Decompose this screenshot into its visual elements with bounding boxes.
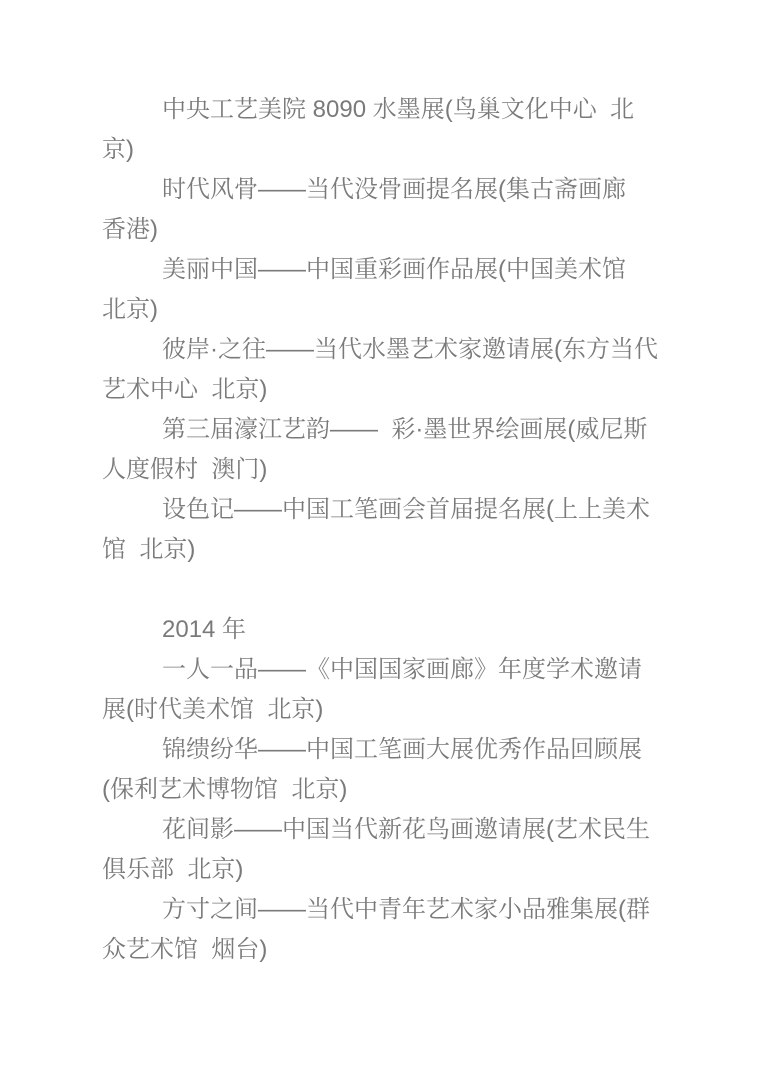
exhibition-entry: 方寸之间——当代中青年艺术家小品雅集展(群众艺术馆 烟台): [102, 890, 660, 970]
document-page: 中央工艺美院 8090 水墨展(鸟巢文化中心 北京) 时代风骨——当代没骨画提名…: [0, 0, 763, 1080]
exhibition-entry: 花间影——中国当代新花鸟画邀请展(艺术民生俱乐部 北京): [102, 810, 660, 890]
year-heading: 2014 年: [102, 610, 660, 650]
exhibition-list: 中央工艺美院 8090 水墨展(鸟巢文化中心 北京) 时代风骨——当代没骨画提名…: [102, 90, 660, 970]
exhibition-entry: 美丽中国——中国重彩画作品展(中国美术馆 北京): [102, 250, 660, 330]
exhibition-entry: 彼岸·之往——当代水墨艺术家邀请展(东方当代艺术中心 北京): [102, 330, 660, 410]
exhibition-entry: 第三届濠江艺韵—— 彩·墨世界绘画展(威尼斯人度假村 澳门): [102, 410, 660, 490]
exhibition-entry: 时代风骨——当代没骨画提名展(集古斋画廊 香港): [102, 170, 660, 250]
exhibition-entry: 锦缋纷华——中国工笔画大展优秀作品回顾展(保利艺术博物馆 北京): [102, 730, 660, 810]
exhibition-entry: 一人一品——《中国国家画廊》年度学术邀请展(时代美术馆 北京): [102, 650, 660, 730]
exhibition-entry: 中央工艺美院 8090 水墨展(鸟巢文化中心 北京): [102, 90, 660, 170]
exhibition-entry: 设色记——中国工笔画会首届提名展(上上美术馆 北京): [102, 490, 660, 570]
